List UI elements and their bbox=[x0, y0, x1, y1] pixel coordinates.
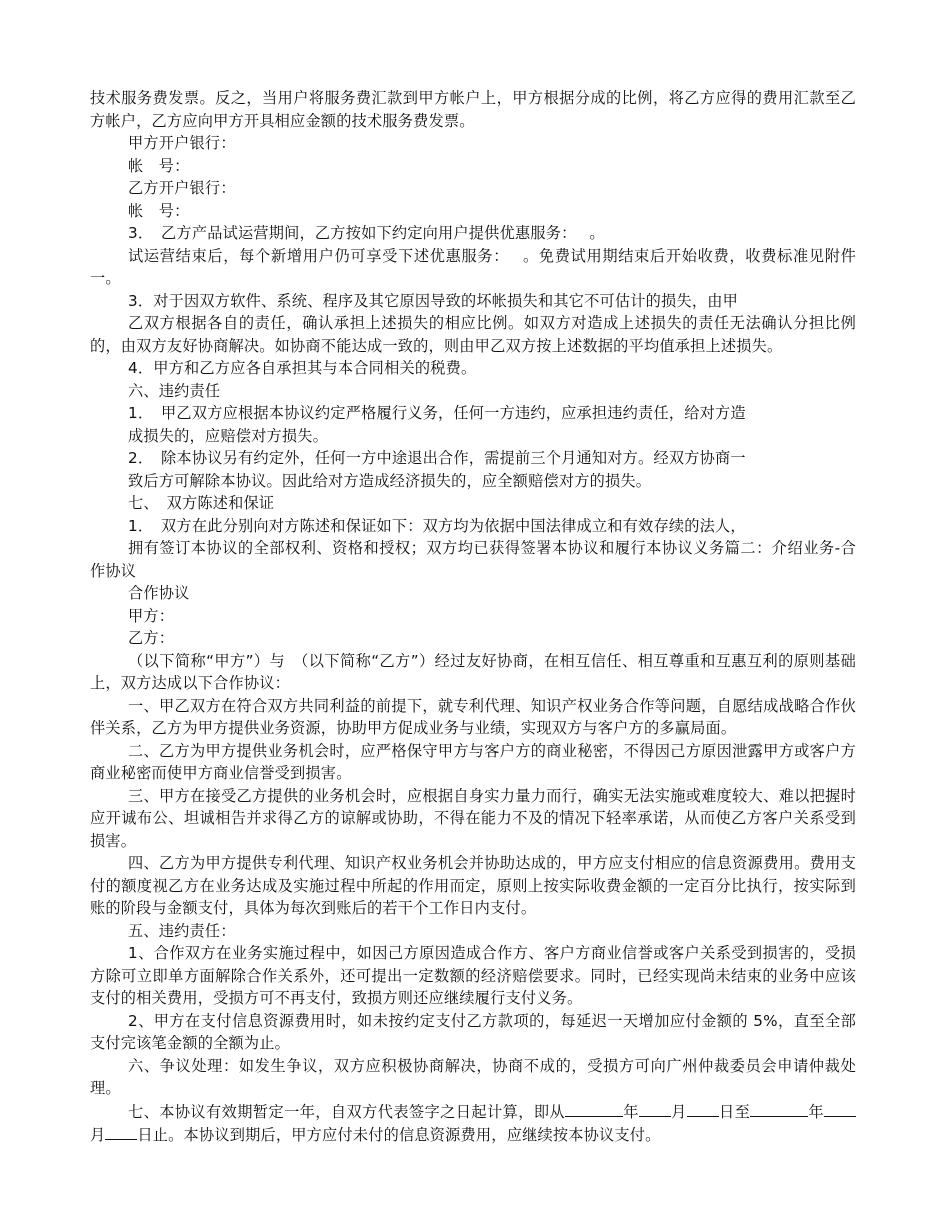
term-prefix: 七、本协议有效期暂定一年，自双方代表签字之日起计算，即从 bbox=[128, 1103, 565, 1121]
paragraph: 帐 号： bbox=[90, 200, 856, 223]
month-label: 月 bbox=[671, 1103, 687, 1121]
blank-start-month bbox=[639, 1100, 671, 1117]
document-title: 合作协议 bbox=[90, 582, 856, 605]
blank-end-month bbox=[824, 1100, 856, 1117]
paragraph: 致后方可解除本协议。因此给对方造成经济损失的，应全额赔偿对方的损失。 bbox=[90, 470, 856, 493]
paragraph: 拥有签订本协议的全部权利、资格和授权；双方均已获得签署本协议和履行本协议义务篇二… bbox=[90, 537, 856, 582]
paragraph: 1． 甲乙双方应根据本协议约定严格履行义务，任何一方违约，应承担违约责任，给对方… bbox=[90, 402, 856, 425]
paragraph: 1． 双方在此分别向对方陈述和保证如下：双方均为依据中国法律成立和有效存续的法人… bbox=[90, 515, 856, 538]
paragraph: 乙方开户银行： bbox=[90, 177, 856, 200]
paragraph: 3． 乙方产品试运营期间，乙方按如下约定向用户提供优惠服务： 。 bbox=[90, 222, 856, 245]
paragraph: （以下简称“甲方”）与 （以下简称“乙方”）经过友好协商，在相互信任、相互尊重和… bbox=[90, 650, 856, 695]
clause-1: 一、甲乙双方在符合双方共同利益的前提下，就专利代理、知识产权业务合作等问题，自愿… bbox=[90, 695, 856, 740]
paragraph: 2． 除本协议另有约定外，任何一方中途退出合作，需提前三个月通知对方。经双方协商… bbox=[90, 447, 856, 470]
clause-3: 三、甲方在接受乙方提供的业务机会时，应根据自身实力量力而行，确实无法实施或难度较… bbox=[90, 785, 856, 853]
paragraph: 技术服务费发票。反之，当用户将服务费汇款到甲方帐户上，甲方根据分成的比例，将乙方… bbox=[90, 87, 856, 132]
paragraph: 乙双方根据各自的责任，确认承担上述损失的相应比例。如双方对造成上述损失的责任无法… bbox=[90, 312, 856, 357]
party-b-field: 乙方： bbox=[90, 627, 856, 650]
blank-end-year bbox=[750, 1100, 808, 1117]
clause-6: 六、争议处理：如发生争议，双方应积极协商解决，协商不成的，受损方可向广州仲裁委员… bbox=[90, 1055, 856, 1100]
clause-7-term: 七、本协议有效期暂定一年，自双方代表签字之日起计算，即从年月日至年月日止。本协议… bbox=[90, 1100, 856, 1147]
paragraph: 成损失的，应赔偿对方损失。 bbox=[90, 425, 856, 448]
blank-start-day bbox=[687, 1100, 719, 1117]
day-to-label: 日至 bbox=[719, 1103, 750, 1121]
section-heading: 五、违约责任： bbox=[90, 920, 856, 943]
year-label: 年 bbox=[808, 1103, 824, 1121]
party-a-field: 甲方： bbox=[90, 605, 856, 628]
document-page: 技术服务费发票。反之，当用户将服务费汇款到甲方帐户上，甲方根据分成的比例，将乙方… bbox=[90, 87, 856, 1147]
paragraph: 1、合作双方在业务实施过程中，如因己方原因造成合作方、客户方商业信誉或客户关系受… bbox=[90, 942, 856, 1010]
term-suffix: 日止。本协议到期后，甲方应付未付的信息资源费用，应继续按本协议支付。 bbox=[137, 1126, 660, 1144]
month-label: 月 bbox=[90, 1126, 105, 1144]
blank-start-year bbox=[565, 1100, 623, 1117]
section-heading: 六、违约责任 bbox=[90, 380, 856, 403]
clause-2: 二、乙方为甲方提供业务机会时，应严格保守甲方与客户方的商业秘密，不得因己方原因泄… bbox=[90, 740, 856, 785]
paragraph: 4．甲方和乙方应各自承担其与本合同相关的税费。 bbox=[90, 357, 856, 380]
paragraph: 帐 号： bbox=[90, 155, 856, 178]
section-heading: 七、 双方陈述和保证 bbox=[90, 492, 856, 515]
year-label: 年 bbox=[623, 1103, 639, 1121]
clause-4: 四、乙方为甲方提供专利代理、知识产权业务机会并协助达成的，甲方应支付相应的信息资… bbox=[90, 852, 856, 920]
paragraph: 2、甲方在支付信息资源费用时，如未按约定支付乙方款项的，每延迟一天增加应付金额的… bbox=[90, 1010, 856, 1055]
paragraph: 试运营结束后，每个新增用户仍可享受下述优惠服务： 。免费试用期结束后开始收费，收… bbox=[90, 245, 856, 290]
blank-end-day bbox=[105, 1123, 137, 1140]
paragraph: 甲方开户银行： bbox=[90, 132, 856, 155]
paragraph: 3．对于因双方软件、系统、程序及其它原因导致的坏帐损失和其它不可估计的损失，由甲 bbox=[90, 290, 856, 313]
